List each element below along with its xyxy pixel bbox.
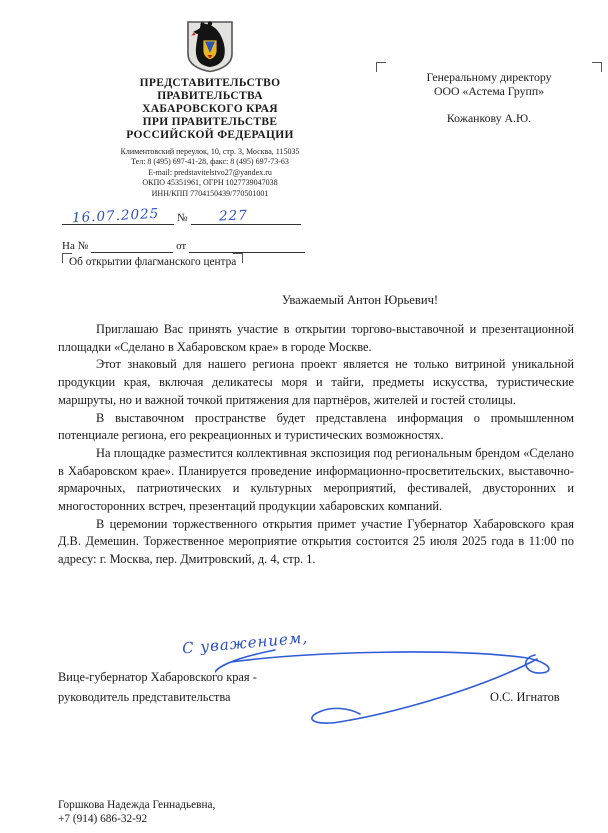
org-phone-fax: Тел: 8 (495) 697-41-28, факс: 8 (495) 69… bbox=[30, 157, 390, 167]
org-email: E-mail: predstavitelstvo27@yandex.ru bbox=[30, 168, 390, 178]
recipient-title: Генеральному директору bbox=[380, 70, 598, 84]
signer-name: О.С. Игнатов bbox=[490, 690, 560, 705]
body-paragraph: В выставочном пространстве будет предста… bbox=[58, 410, 574, 445]
letter-body: Приглашаю Вас принять участие в открытии… bbox=[58, 321, 574, 569]
body-paragraph: На площадке разместится коллективная экс… bbox=[58, 445, 574, 516]
corner-mark-icon bbox=[233, 253, 243, 263]
reply-number-field bbox=[91, 232, 173, 253]
org-name-line: ПРАВИТЕЛЬСТВА bbox=[30, 90, 390, 103]
recipient-block: Генеральному директору ООО «Астема Групп… bbox=[380, 62, 598, 125]
salutation: Уважаемый Антон Юрьевич! bbox=[160, 293, 560, 308]
reply-from-label: от bbox=[173, 239, 189, 253]
date-field: 16.07.2025 bbox=[62, 204, 174, 225]
executor-contact: Горшкова Надежда Геннадьевна, +7 (914) 6… bbox=[58, 799, 215, 826]
org-name-line: ПРЕДСТАВИТЕЛЬСТВО bbox=[30, 77, 390, 90]
org-name: ПРЕДСТАВИТЕЛЬСТВО ПРАВИТЕЛЬСТВА ХАБАРОВС… bbox=[30, 77, 390, 142]
signer-position-block: Вице-губернатор Хабаровского края - руко… bbox=[58, 668, 257, 707]
executor-phone: +7 (914) 686-32-92 bbox=[58, 813, 215, 827]
handwritten-date: 16.07.2025 bbox=[72, 207, 160, 226]
letterhead: ПРЕДСТАВИТЕЛЬСТВО ПРАВИТЕЛЬСТВА ХАБАРОВС… bbox=[30, 20, 390, 199]
signer-position-line: руководитель представительства bbox=[58, 688, 257, 708]
khabarovsk-krai-coat-of-arms-icon bbox=[186, 20, 234, 73]
reference-reply-line: На № от bbox=[62, 232, 305, 253]
recipient-company: ООО «Астема Групп» bbox=[380, 84, 598, 98]
reply-date-field bbox=[189, 232, 305, 253]
org-name-line: ХАБАРОВСКОГО КРАЯ bbox=[30, 103, 390, 116]
subject-text: Об открытии флагманского центра bbox=[69, 256, 236, 268]
reference-date-line: 16.07.2025 № 227 bbox=[62, 204, 301, 225]
recipient-name: Кожанкову А.Ю. bbox=[380, 111, 598, 125]
signer-position-line: Вице-губернатор Хабаровского края - bbox=[58, 668, 257, 688]
subject-block: Об открытии флагманского центра bbox=[62, 253, 243, 269]
body-paragraph: В церемонии торжественного открытия прим… bbox=[58, 516, 574, 569]
body-paragraph: Этот знаковый для нашего региона проект … bbox=[58, 356, 574, 409]
handwritten-number: 227 bbox=[218, 209, 247, 224]
corner-mark-icon bbox=[592, 62, 602, 72]
number-field: 227 bbox=[191, 204, 301, 225]
corner-mark-icon bbox=[62, 253, 72, 263]
org-name-line: ПРИ ПРАВИТЕЛЬСТВЕ bbox=[30, 116, 390, 129]
org-okpo-ogrn: ОКПО 45351961, ОГРН 1027739047038 bbox=[30, 178, 390, 188]
number-sign: № bbox=[174, 211, 191, 225]
body-paragraph: Приглашаю Вас принять участие в открытии… bbox=[58, 321, 574, 356]
corner-mark-icon bbox=[376, 62, 386, 72]
org-inn-kpp: ИНН/КПП 7704150439/770501001 bbox=[30, 189, 390, 199]
org-address: Климентовский переулок, 10, стр. 3, Моск… bbox=[30, 147, 390, 157]
reply-prefix-label: На № bbox=[62, 239, 91, 253]
executor-name: Горшкова Надежда Геннадьевна, bbox=[58, 799, 215, 813]
org-contact-block: Климентовский переулок, 10, стр. 3, Моск… bbox=[30, 147, 390, 199]
org-name-line: РОССИЙСКОЙ ФЕДЕРАЦИИ bbox=[30, 129, 390, 142]
